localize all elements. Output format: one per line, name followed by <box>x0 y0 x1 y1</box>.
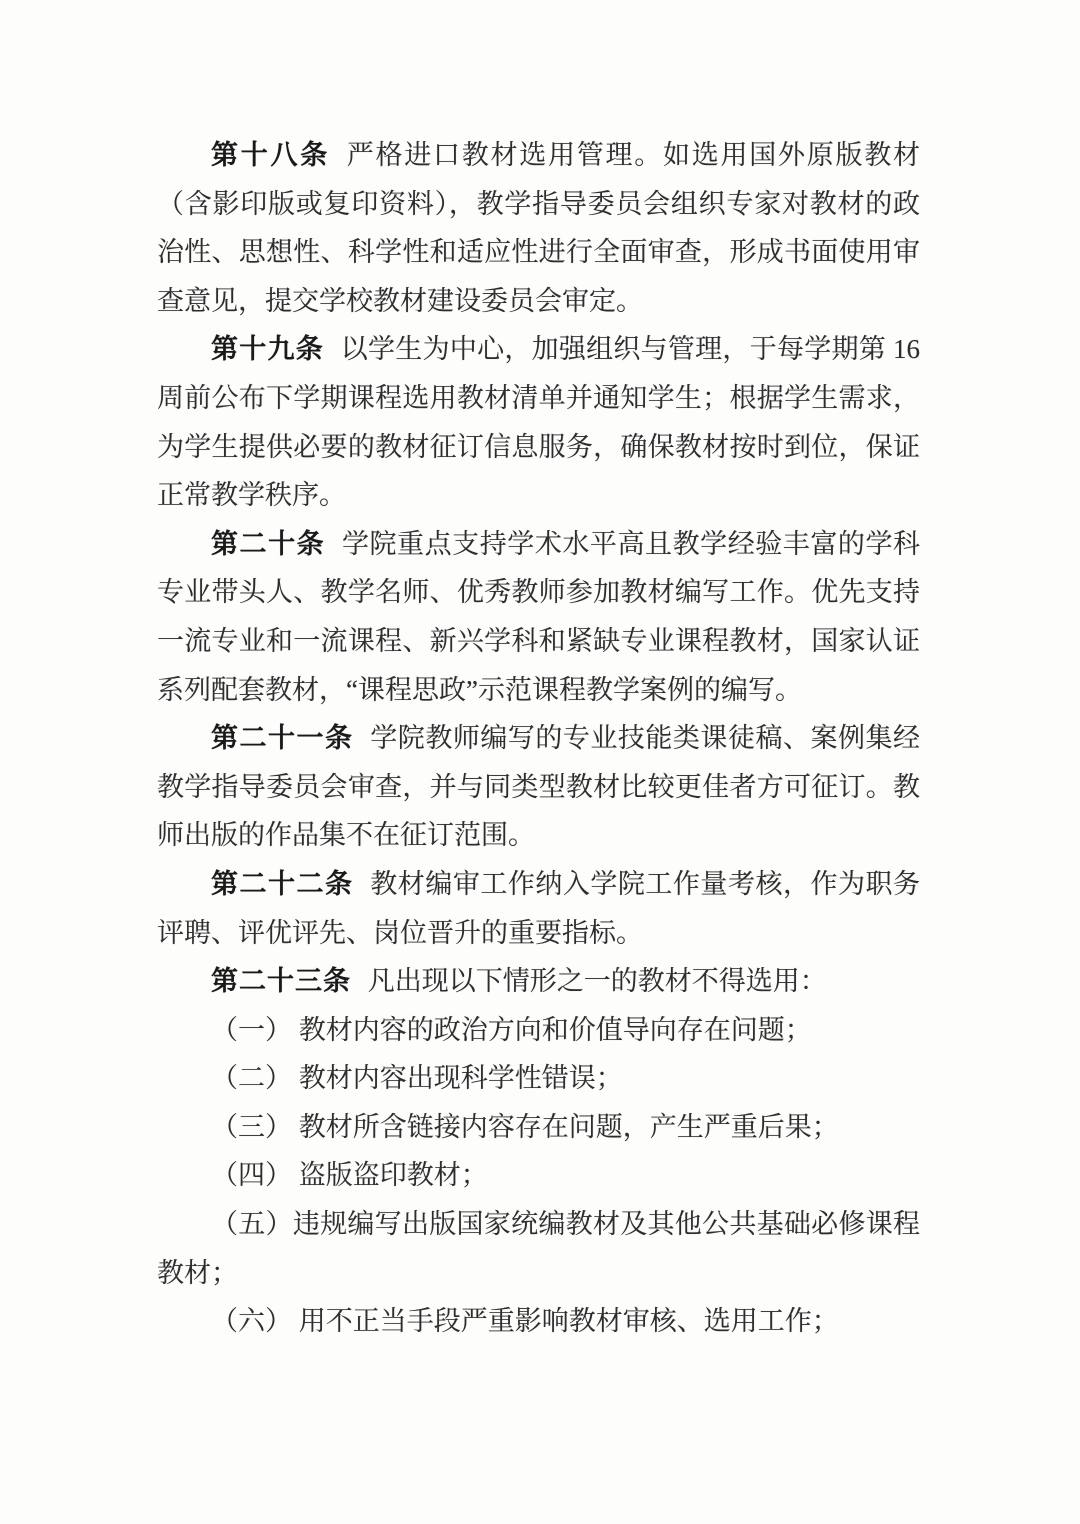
article-paragraph-20: 第二十条学院重点支持学术水平高且教学经验丰富的学科专业带头人、教学名师、优秀教师… <box>157 520 920 714</box>
article-number: 第二十二条 <box>211 869 354 899</box>
list-item-text: （四） 盗版盗印教材； <box>211 1160 488 1190</box>
document-page: 第十八条严格进口教材选用管理。如选用国外原版教材（含影印版或复印资料），教学指导… <box>0 0 1080 1524</box>
list-item-text: （一） 教材内容的政治方向和价值导向存在问题； <box>211 1015 812 1045</box>
article-paragraph-18: 第十八条严格进口教材选用管理。如选用国外原版教材（含影印版或复印资料），教学指导… <box>157 131 920 325</box>
list-item-text: （三） 教材所含链接内容存在问题，产生严重后果； <box>211 1112 839 1142</box>
list-item-text: （二） 教材内容出现科学性错误； <box>211 1063 623 1093</box>
article-number: 第十九条 <box>211 334 324 364</box>
article-number: 第二十三条 <box>211 966 351 996</box>
article-paragraph-19: 第十九条以学生为中心，加强组织与管理，于每学期第 16 周前公布下学期课程选用教… <box>157 325 920 519</box>
article-number: 第二十条 <box>211 529 325 559</box>
article-text: 凡出现以下情形之一的教材不得选用： <box>368 966 827 996</box>
clause-list-item-3: （三） 教材所含链接内容存在问题，产生严重后果； <box>157 1103 920 1152</box>
article-paragraph-22: 第二十二条教材编审工作纳入学院工作量考核，作为职务评聘、评优评先、岗位晋升的重要… <box>157 860 920 957</box>
article-number: 第十八条 <box>211 140 330 170</box>
clause-list-item-5: （五）违规编写出版国家统编教材及其他公共基础必修课程教材； <box>157 1200 920 1297</box>
article-paragraph-23: 第二十三条凡出现以下情形之一的教材不得选用： <box>157 957 920 1006</box>
list-item-text: （五）违规编写出版国家统编教材及其他公共基础必修课程教材； <box>157 1209 920 1288</box>
list-item-text: （六） 用不正当手段严重影响教材审核、选用工作； <box>211 1306 839 1336</box>
document-body: 第十八条严格进口教材选用管理。如选用国外原版教材（含影印版或复印资料），教学指导… <box>157 131 920 1346</box>
clause-list-item-4: （四） 盗版盗印教材； <box>157 1151 920 1200</box>
article-number: 第二十一条 <box>211 723 354 753</box>
clause-list-item-6: （六） 用不正当手段严重影响教材审核、选用工作； <box>157 1297 920 1346</box>
clause-list-item-1: （一） 教材内容的政治方向和价值导向存在问题； <box>157 1006 920 1055</box>
clause-list-item-2: （二） 教材内容出现科学性错误； <box>157 1054 920 1103</box>
article-paragraph-21: 第二十一条学院教师编写的专业技能类课徒稿、案例集经教学指导委员会审查，并与同类型… <box>157 714 920 860</box>
